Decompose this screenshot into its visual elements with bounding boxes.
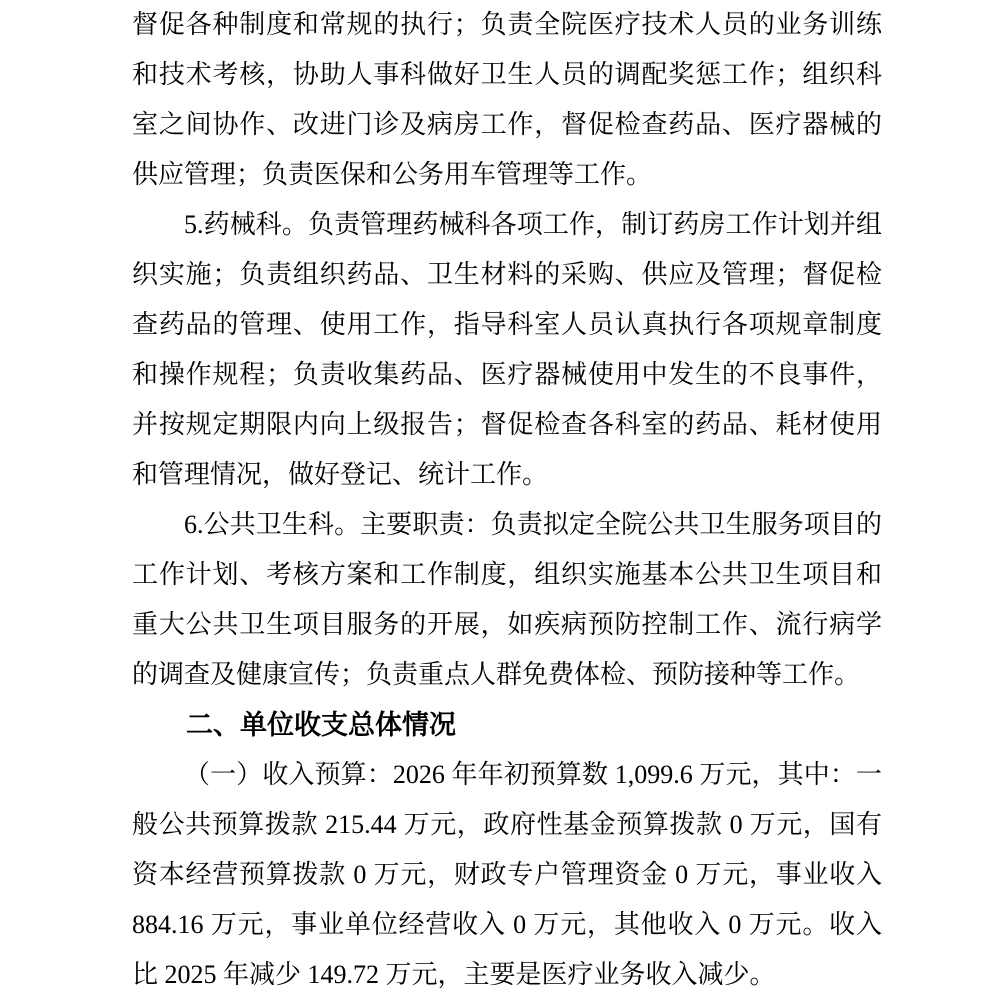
paragraph-medical-affairs-duties-continued: 督促各种制度和常规的执行；负责全院医疗技术人员的业务训练和技术考核，协助人事科做… bbox=[132, 0, 882, 200]
paragraph-public-health-dept-duties: 6.公共卫生科。主要职责：负责拟定全院公共卫生服务项目的工作计划、考核方案和工作… bbox=[132, 500, 882, 700]
document-content: 督促各种制度和常规的执行；负责全院医疗技术人员的业务训练和技术考核，协助人事科做… bbox=[132, 0, 882, 1000]
paragraph-pharmacy-equipment-dept-duties: 5.药械科。负责管理药械科各项工作，制订药房工作计划并组织实施；负责组织药品、卫… bbox=[132, 200, 882, 500]
paragraph-income-budget-overview: （一）收入预算：2026 年年初预算数 1,099.6 万元，其中：一般公共预算… bbox=[132, 750, 882, 1000]
document-page: 督促各种制度和常规的执行；负责全院医疗技术人员的业务训练和技术考核，协助人事科做… bbox=[0, 0, 1000, 1003]
section-heading-unit-income-expenditure-overview: 二、单位收支总体情况 bbox=[132, 700, 882, 750]
